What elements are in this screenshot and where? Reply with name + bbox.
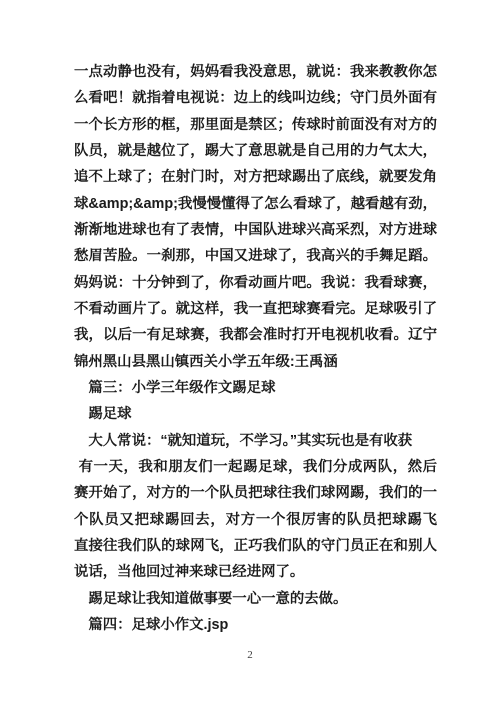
text-line: 一个长方形的框，那里面是禁区；传球时前面没有对方的: [74, 112, 437, 138]
document-page: 一点动静也没有，妈妈看我没意思，就说：我来教教你怎 么看吧！就指着电视说：边上的…: [0, 0, 500, 707]
text-line: 大人常说：“就知道玩，不学习。”其实玩也是有收获的。: [74, 428, 437, 454]
text-line: 有一天，我和朋友们一起踢足球，我们分成两队，然后球: [74, 454, 437, 480]
text-line-heading: 踢足球: [74, 401, 437, 427]
text-line: 我，以后一有足球赛，我都会准时打开电视机收看。辽宁: [74, 322, 437, 348]
text-line: 一点动静也没有，妈妈看我没意思，就说：我来教教你怎: [74, 59, 437, 85]
text-line: 不看动画片了。就这样，我一直把球赛看完。足球吸引了: [74, 296, 437, 322]
text-line: 个队员又把球踢回去，对方一个很厉害的队员把球踢飞了，: [74, 507, 437, 533]
text-line: 球&amp;&amp;我慢慢懂得了怎么看球了，越看越有劲，: [74, 191, 437, 217]
text-line: 么看吧！就指着电视说：边上的线叫边线；守门员外面有: [74, 85, 437, 111]
text-line: 锦州黑山县黑山镇西关小学五年级:王禹涵: [74, 349, 437, 375]
text-line: 赛开始了，对方的一个队员把球往我们球网踢，我们的一: [74, 480, 437, 506]
text-line: 愁眉苦脸。一刹那，中国又进球了，我高兴的手舞足蹈。: [74, 243, 437, 269]
text-line: 说话，当他回过神来球已经进网了。: [74, 559, 437, 585]
text-line: 妈妈说：十分钟到了，你看动画片吧。我说：我看球赛，: [74, 270, 437, 296]
text-line: 队员，就是越位了，踢大了意思就是自己用的力气太大，: [74, 138, 437, 164]
text-line: 渐渐地进球也有了表情，中国队进球兴高采烈，对方进球: [74, 217, 437, 243]
text-body: 一点动静也没有，妈妈看我没意思，就说：我来教教你怎 么看吧！就指着电视说：边上的…: [74, 59, 437, 638]
text-line: 追不上球了；在射门时，对方把球踢出了底线，就要发角: [74, 164, 437, 190]
page-number: 2: [0, 649, 500, 661]
text-line-heading: 篇四：足球小作文.jsp: [74, 612, 437, 638]
text-line: 直接往我们队的球网飞，正巧我们队的守门员正在和别人: [74, 533, 437, 559]
text-line-heading: 篇三：小学三年级作文踢足球: [74, 375, 437, 401]
text-line: 踢足球让我知道做事要一心一意的去做。: [74, 586, 437, 612]
